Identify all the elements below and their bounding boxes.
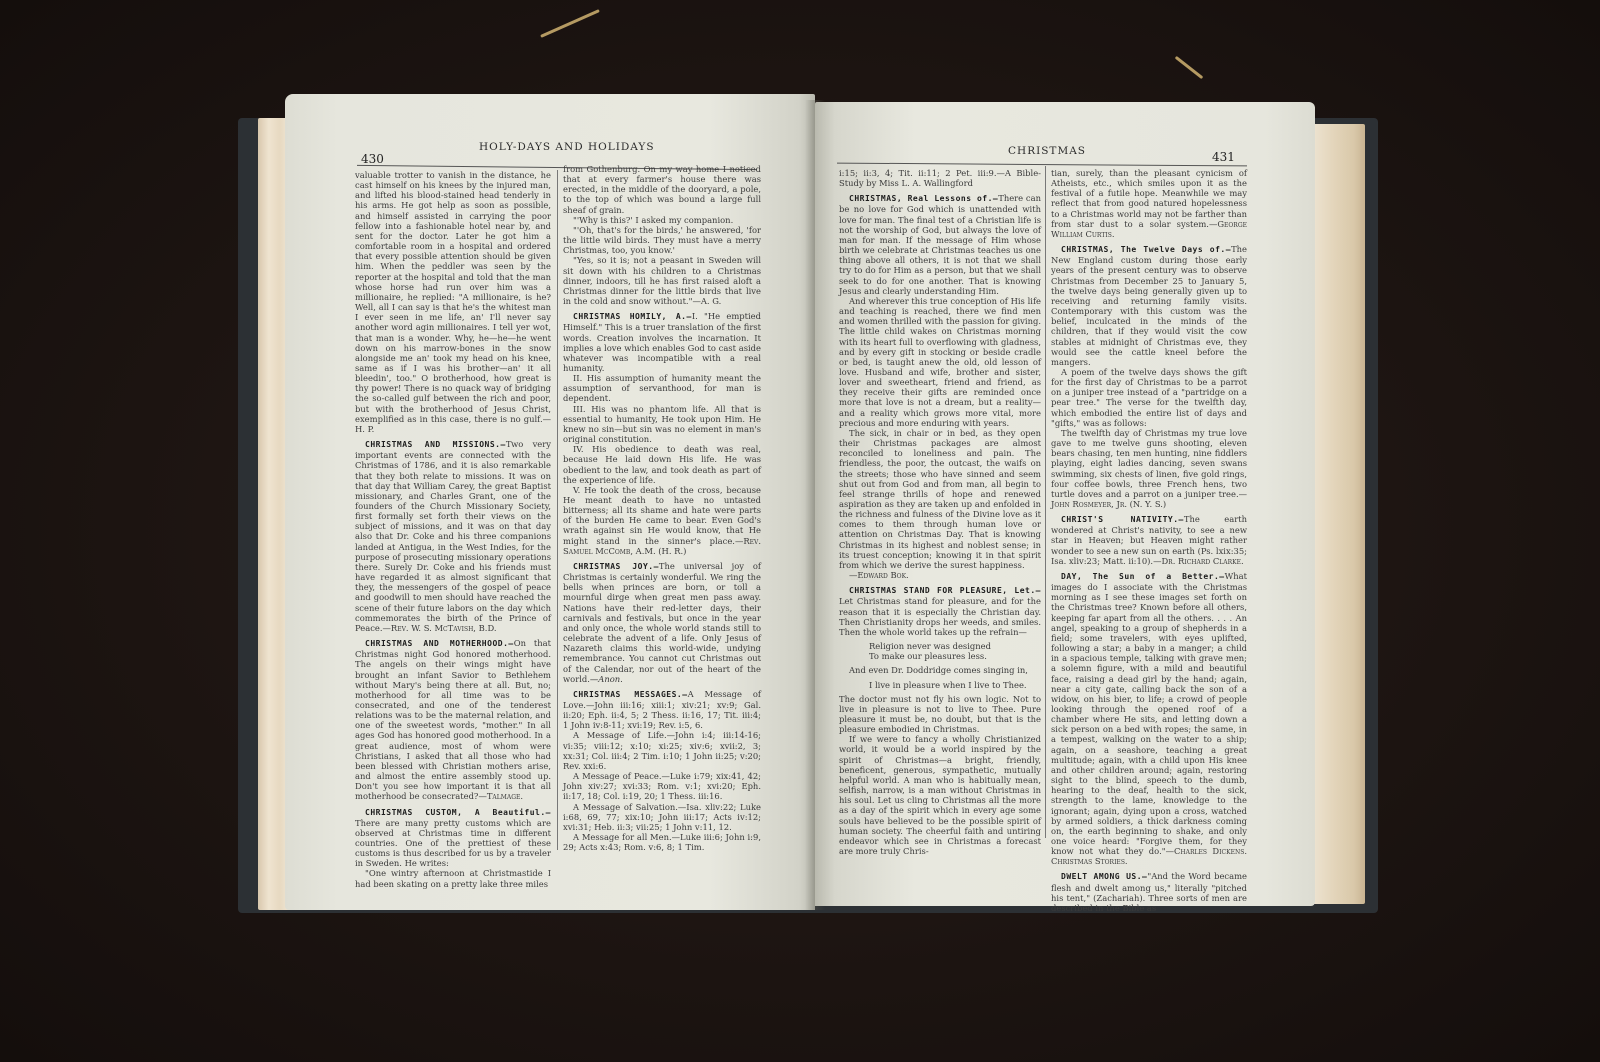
paragraph: A Message for all Men.—Luke iii:6; John …: [563, 832, 761, 852]
entry-christmas-and-motherhood: CHRISTMAS AND MOTHERHOOD.—On that Christ…: [355, 638, 551, 802]
entry-text: The universal joy of Christmas is certai…: [563, 561, 761, 684]
paragraph: "Yes, so it is; not a peasant in Sweden …: [563, 255, 761, 306]
poem-line: I live in pleasure when I live to Thee.: [869, 680, 1041, 690]
poem-line: Religion never was designed: [869, 641, 1041, 651]
entry-heading: CHRISTMAS HOMILY, A.—: [573, 312, 692, 321]
poem-quote: Religion never was designed To make our …: [839, 641, 1041, 661]
paragraph: "'Oh, that's for the birds,' he answered…: [563, 225, 761, 255]
entry-real-lessons: CHRISTMAS, Real Lessons of.—There can be…: [839, 193, 1041, 296]
signature: —Edward Bok.: [849, 570, 909, 580]
paragraph: II. His assumption of humanity meant the…: [563, 373, 761, 403]
column-divider: [557, 170, 558, 850]
entry-heading: CHRISTMAS CUSTOM, A Beautiful.—: [365, 808, 551, 817]
entry-twelve-days: CHRISTMAS, The Twelve Days of.—The New E…: [1051, 244, 1247, 367]
signature: —Anon.: [590, 674, 623, 684]
poem-line: To make our pleasures less.: [869, 651, 1041, 661]
paragraph: And even Dr. Doddridge comes singing in,: [839, 665, 1041, 675]
entry-christmas-joy: CHRISTMAS JOY.—The universal joy of Chri…: [563, 561, 761, 684]
paragraph: "One wintry afternoon at Christmastide I…: [355, 868, 551, 888]
paragraph: i:15; ii:3, 4; Tit. ii:11; 2 Pet. iii:9.…: [839, 168, 1041, 188]
header-rule: [837, 163, 1247, 167]
column-left-1: valuable trotter to vanish in the distan…: [355, 170, 551, 889]
entry-heading: CHRISTMAS, The Twelve Days of.—: [1061, 245, 1231, 254]
entry-heading: CHRISTMAS MESSAGES.—: [573, 690, 688, 699]
signature: —Rev. W. S. McTavish, B.D.: [383, 623, 497, 633]
paragraph: A Message of Peace.—Luke i:79; xix:41, 4…: [563, 771, 761, 801]
entry-dwelt-among-us: DWELT AMONG US.—"And the Word became fle…: [1051, 871, 1247, 913]
entry-text: Let Christmas stand for pleasure, and fo…: [839, 596, 1041, 636]
entry-christmas-custom: CHRISTMAS CUSTOM, A Beautiful.—There are…: [355, 807, 551, 869]
entry-christs-nativity: CHRIST'S NATIVITY.—The earth wondered at…: [1051, 514, 1247, 566]
paragraph: A poem of the twelve days shows the gift…: [1051, 367, 1247, 428]
entry-heading: CHRISTMAS STAND FOR PLEASURE, Let.—: [849, 586, 1041, 595]
right-page: CHRISTMAS 431 i:15; ii:3, 4; Tit. ii:11;…: [815, 102, 1315, 906]
left-page: 430 HOLY-DAYS AND HOLIDAYS valuable trot…: [285, 94, 815, 910]
entry-text: The New England custom during those earl…: [1051, 244, 1247, 367]
paragraph: IV. His obedience to death was real, bec…: [563, 444, 761, 485]
column-left-2: from Gothenburg. On my way home I notice…: [563, 164, 761, 852]
paragraph: valuable trotter to vanish in the distan…: [355, 170, 551, 424]
entry-text: Two very important events are connected …: [355, 439, 551, 633]
entry-christmas-homily: CHRISTMAS HOMILY, A.—I. "He emptied Hims…: [563, 311, 761, 373]
paragraph: If we were to fancy a wholly Christianiz…: [839, 734, 1041, 856]
signature: —Talmage.: [478, 791, 523, 801]
entry-christmas-messages: CHRISTMAS MESSAGES.—A Message of Love.—J…: [563, 689, 761, 731]
signature: —Dr. Richard Clarke.: [1153, 556, 1244, 566]
entry-heading: CHRISTMAS AND MOTHERHOOD.—: [365, 639, 514, 648]
entry-christmas-and-missions: CHRISTMAS AND MISSIONS.—Two very importa…: [355, 439, 551, 633]
running-head: CHRISTMAS: [1008, 145, 1086, 157]
paragraph: "'Why is this?' I asked my companion.: [563, 215, 761, 225]
paragraph: III. His was no phantom life. All that i…: [563, 404, 761, 445]
paragraph: And wherever this true conception of His…: [839, 296, 1041, 428]
page-number: 431: [1212, 150, 1235, 164]
paragraph: A Message of Salvation.—Isa. xliv:22; Lu…: [563, 802, 761, 832]
paragraph: The twelfth day of Christmas my true lov…: [1051, 428, 1247, 499]
entry-heading: CHRISTMAS AND MISSIONS.—: [365, 440, 506, 449]
paragraph: The sick, in chair or in bed, as they op…: [839, 428, 1041, 570]
entry-sun-of-a-better-day: DAY, The Sun of a Better.—What images do…: [1051, 571, 1247, 867]
entry-text: What images do I associate with the Chri…: [1051, 571, 1247, 856]
column-right-2: tian, surely, than the pleasant cynicism…: [1051, 168, 1247, 913]
running-head: HOLY-DAYS AND HOLIDAYS: [479, 141, 655, 153]
paragraph: V. He took the death of the cross, becau…: [563, 485, 761, 546]
entry-heading: CHRIST'S NATIVITY.—: [1061, 515, 1184, 524]
entry-heading: CHRISTMAS, Real Lessons of.—: [849, 194, 998, 203]
entry-text: There are many pretty customs which are …: [355, 818, 551, 869]
entry-text: There can be no love for God which is un…: [839, 193, 1041, 295]
entry-stand-for-pleasure: CHRISTMAS STAND FOR PLEASURE, Let.—Let C…: [839, 585, 1041, 637]
paragraph: The doctor must not fly his own logic. N…: [839, 694, 1041, 735]
paragraph: from Gothenburg. On my way home I notice…: [563, 164, 761, 215]
page-edges-right: [1310, 124, 1365, 904]
column-right-1: i:15; ii:3, 4; Tit. ii:11; 2 Pet. iii:9.…: [839, 168, 1041, 856]
paragraph: A Message of Life.—John i:4; iii:14-16; …: [563, 730, 761, 771]
column-divider: [1045, 166, 1046, 838]
entry-heading: DWELT AMONG US.—: [1061, 872, 1147, 881]
entry-heading: DAY, The Sun of a Better.—: [1061, 572, 1225, 581]
poem-quote: I live in pleasure when I live to Thee.: [839, 680, 1041, 690]
entry-text: On that Christmas night God honored moth…: [355, 638, 551, 801]
page-number: 430: [361, 152, 384, 166]
entry-heading: CHRISTMAS JOY.—: [573, 562, 659, 571]
